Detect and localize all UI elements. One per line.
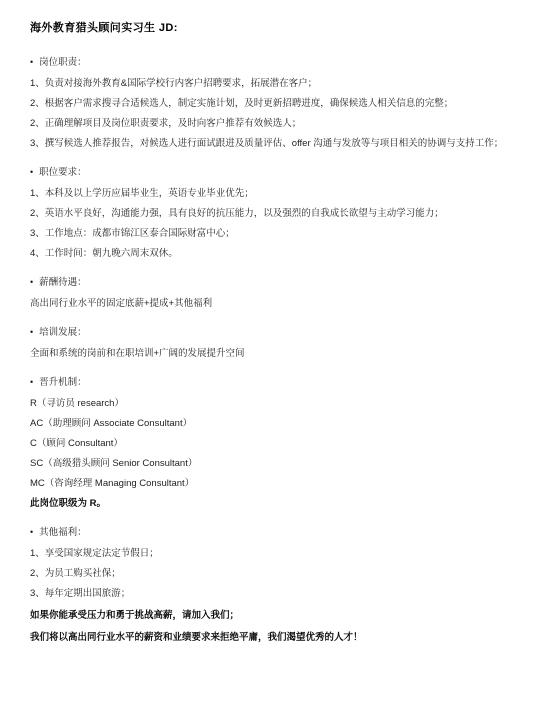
list-item: 1、本科及以上学历应届毕业生，英语专业毕业优先； xyxy=(30,188,510,200)
promotion-level: AC（助理顾问 Associate Consultant） xyxy=(30,418,510,430)
section-heading-row: •晋升机制： xyxy=(30,376,510,389)
section-salary: •薪酬待遇： 高出同行业水平的固定底薪+提成+其他福利 xyxy=(30,276,510,310)
document-title: 海外教育猎头顾问实习生 JD: xyxy=(30,22,510,35)
list-item: 1、负责对接海外教育&国际学校行内客户招聘要求，拓展潜在客户； xyxy=(30,78,510,90)
job-description-document: 海外教育猎头顾问实习生 JD: •岗位职责： 1、负责对接海外教育&国际学校行内… xyxy=(0,0,536,719)
section-heading-row: •薪酬待遇： xyxy=(30,276,510,289)
section-heading: 培训发展： xyxy=(39,327,87,338)
list-item: 1、享受国家规定法定节假日； xyxy=(30,548,510,560)
list-item: 2、英语水平良好，沟通能力强，具有良好的抗压能力，以及强烈的自我成长欲望与主动学… xyxy=(30,208,510,220)
section-job-responsibilities: •岗位职责： 1、负责对接海外教育&国际学校行内客户招聘要求，拓展潜在客户； 2… xyxy=(30,56,510,150)
promotion-level: MC（咨询经理 Managing Consultant） xyxy=(30,478,510,490)
list-item: 3、每年定期出国旅游； xyxy=(30,588,510,600)
promotion-level: SC（高级猎头顾问 Senior Consultant） xyxy=(30,458,510,470)
bullet-icon: • xyxy=(30,166,33,178)
section-heading: 岗位职责： xyxy=(39,57,87,68)
section-training-development: •培训发展： 全面和系统的岗前和在职培训+广阔的发展提升空间 xyxy=(30,326,510,360)
promotion-level: R（寻访员 research） xyxy=(30,398,510,410)
closing-line: 我们将以高出同行业水平的薪资和业绩要求来拒绝平庸，我们渴望优秀的人才！ xyxy=(30,632,510,644)
promotion-level: C（顾问 Consultant） xyxy=(30,438,510,450)
list-item: 3、工作地点：成都市锦江区泰合国际财富中心； xyxy=(30,228,510,240)
section-heading-row: •职位要求： xyxy=(30,166,510,179)
section-heading: 晋升机制： xyxy=(39,377,87,388)
position-level-note: 此岗位职级为 R。 xyxy=(30,498,510,510)
closing-line: 如果你能承受压力和勇于挑战高薪，请加入我们； xyxy=(30,610,510,622)
bullet-icon: • xyxy=(30,526,33,538)
list-item: 2、正确理解项目及岗位职责要求，及时向客户推荐有效候选人； xyxy=(30,118,510,130)
list-item: 2、根据客户需求搜寻合适候选人，制定实施计划，及时更新招聘进度，确保候选人相关信… xyxy=(30,98,510,110)
section-heading-row: •其他福利： xyxy=(30,526,510,539)
list-item: 2、为员工购买社保； xyxy=(30,568,510,580)
section-heading: 其他福利： xyxy=(39,527,87,538)
list-item: 3、撰写候选人推荐报告，对候选人进行面试跟进及质量评估、offer 沟通与发放等… xyxy=(30,138,510,150)
section-heading-row: •岗位职责： xyxy=(30,56,510,69)
bullet-icon: • xyxy=(30,326,33,338)
paragraph: 全面和系统的岗前和在职培训+广阔的发展提升空间 xyxy=(30,348,510,360)
bullet-icon: • xyxy=(30,56,33,68)
section-heading: 职位要求： xyxy=(39,167,87,178)
bullet-icon: • xyxy=(30,376,33,388)
section-heading: 薪酬待遇： xyxy=(39,277,87,288)
section-position-requirements: •职位要求： 1、本科及以上学历应届毕业生，英语专业毕业优先； 2、英语水平良好… xyxy=(30,166,510,260)
paragraph: 高出同行业水平的固定底薪+提成+其他福利 xyxy=(30,298,510,310)
bullet-icon: • xyxy=(30,276,33,288)
section-heading-row: •培训发展： xyxy=(30,326,510,339)
section-promotion-mechanism: •晋升机制： R（寻访员 research） AC（助理顾问 Associate… xyxy=(30,376,510,510)
section-other-benefits: •其他福利： 1、享受国家规定法定节假日； 2、为员工购买社保； 3、每年定期出… xyxy=(30,526,510,600)
closing-block: 如果你能承受压力和勇于挑战高薪，请加入我们； 我们将以高出同行业水平的薪资和业绩… xyxy=(30,610,510,644)
list-item: 4、工作时间：朝九晚六周末双休。 xyxy=(30,248,510,260)
